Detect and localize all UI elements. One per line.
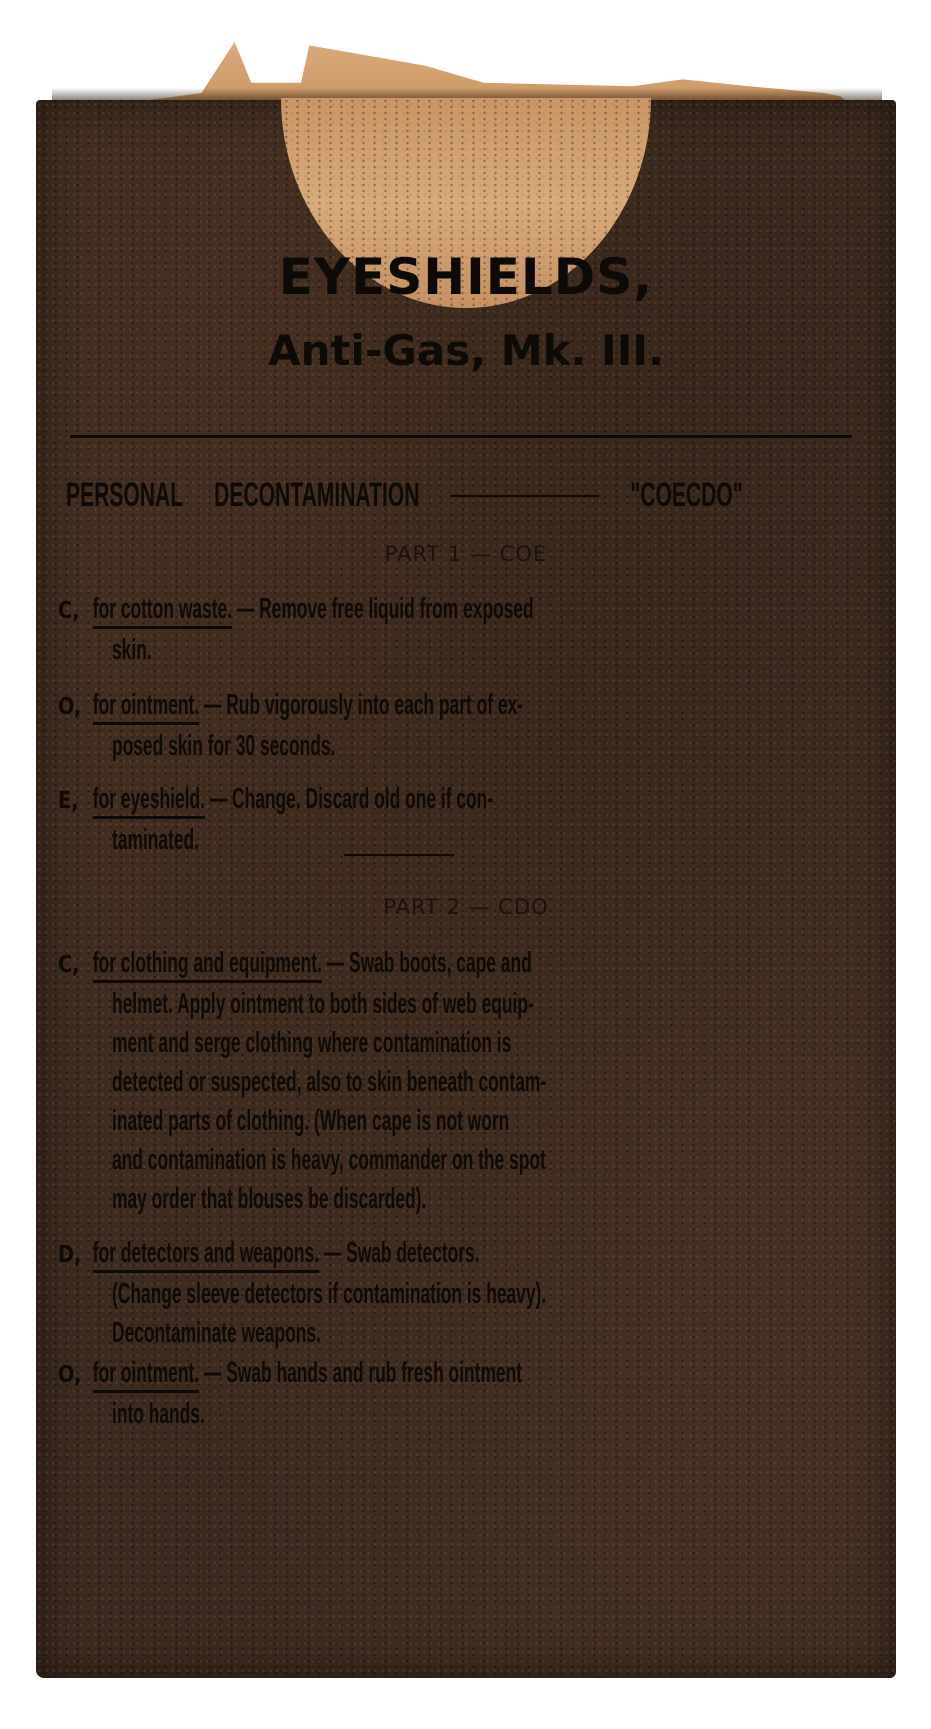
entry-letter: E, <box>58 782 107 821</box>
instruction-entry: O,for ointment. — Rub vigorously into ea… <box>58 686 846 766</box>
entry-letter: C, <box>58 592 107 631</box>
envelope-subtitle: Anti-Gas, Mk. III. <box>36 326 896 375</box>
entry-text: detected or suspected, also to skin bene… <box>112 1066 546 1098</box>
entry-text: may order that blouses be discarded). <box>112 1183 426 1215</box>
entry-text: skin. <box>112 634 152 666</box>
divider-rule <box>70 435 852 438</box>
instruction-entry: C,for cotton waste. — Remove free liquid… <box>58 590 846 670</box>
entry-text: posed skin for 30 seconds. <box>112 730 335 762</box>
entry-text: helmet. Apply ointment to both sides of … <box>112 988 534 1020</box>
entry-key: for cotton waste. <box>93 593 232 625</box>
eyeshield-envelope: EYESHIELDS, Anti-Gas, Mk. III. PERSONAL … <box>36 100 896 1678</box>
heading-word-decontamination: DECONTAMINATION <box>214 476 419 515</box>
part-divider <box>344 854 454 856</box>
entry-text: (Change sleeve detectors if contaminatio… <box>112 1278 546 1310</box>
heading-word-personal: PERSONAL <box>66 476 183 515</box>
section-heading: PERSONAL DECONTAMINATION "COECDO" <box>66 476 847 515</box>
entry-text: — Rub vigorously into each part of ex- <box>204 689 523 721</box>
instruction-entry: D,for detectors and weapons. — Swab dete… <box>58 1234 846 1353</box>
entry-key: for eyeshield. <box>93 783 205 815</box>
entry-text: — Remove free liquid from exposed <box>237 593 534 625</box>
instruction-entry: C,for clothing and equipment. — Swab boo… <box>58 944 846 1219</box>
entry-text: — Swab hands and rub fresh ointment <box>204 1357 522 1389</box>
part-2-title: PART 2 — CDO <box>36 895 896 919</box>
heading-dash <box>450 495 599 497</box>
entry-letter: O, <box>58 688 107 727</box>
entry-text: ment and serge clothing where contaminat… <box>112 1027 511 1059</box>
entry-letter: O, <box>58 1356 107 1395</box>
entry-text: Decontaminate weapons. <box>112 1317 321 1349</box>
part-1-title: PART 1 — COE <box>36 542 896 566</box>
entry-key: for detectors and weapons. <box>93 1237 319 1269</box>
entry-text: inated parts of clothing. (When cape is … <box>112 1105 509 1137</box>
envelope-title: EYESHIELDS, <box>36 248 896 306</box>
entry-text: into hands. <box>112 1398 205 1430</box>
heading-acronym: "COECDO" <box>630 476 743 515</box>
entry-text: — Swab boots, cape and <box>327 947 532 979</box>
entry-text: — Change. Discard old one if con- <box>210 783 493 815</box>
instruction-entry: O,for ointment. — Swab hands and rub fre… <box>58 1354 846 1434</box>
entry-key: for clothing and equipment. <box>93 947 322 979</box>
entry-text: taminated. <box>112 824 199 856</box>
entry-text: and contamination is heavy, commander on… <box>112 1144 546 1176</box>
entry-letter: C, <box>58 946 107 985</box>
entry-letter: D, <box>58 1236 107 1275</box>
entry-key: for ointment. <box>93 689 199 721</box>
entry-key: for ointment. <box>93 1357 199 1389</box>
instruction-entry: E,for eyeshield. — Change. Discard old o… <box>58 780 846 860</box>
entry-text: — Swab detectors. <box>324 1237 480 1269</box>
